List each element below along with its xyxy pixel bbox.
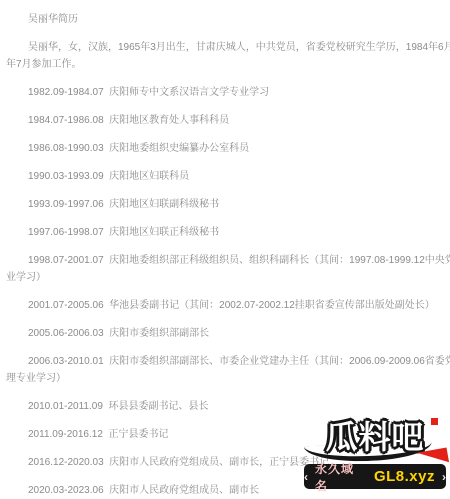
timeline-entry-wrap-line: 业学习） [6, 269, 450, 286]
timeline-entry: 1986.08-1990.03 庆阳地委组织史编纂办公室科员 [6, 140, 450, 157]
timeline-entry: 1993.09-1997.06 庆阳地区妇联副科级秘书 [6, 196, 450, 213]
timeline-entry: 1998.07-2001.07 庆阳地委组织部正科级组织员、组织科副科长（其间：… [6, 252, 450, 286]
timeline-entry-line: 1990.03-1993.09 庆阳地区妇联科员 [6, 168, 450, 185]
banner-domain: GL8.xyz [374, 468, 435, 485]
chevron-right-icon: › [442, 471, 446, 483]
timeline-entry-line: 1984.07-1986.08 庆阳地区教育处人事科科员 [6, 112, 450, 129]
timeline-entry: 2001.07-2005.06 华池县委副书记（其间：2002.07-2002.… [6, 297, 450, 314]
page-title: 吴丽华简历 [6, 11, 450, 28]
timeline-entry: 2006.03-2010.01 庆阳市委组织部副部长、市委企业党建办主任（其间：… [6, 353, 450, 387]
chevron-left-icon: ‹ [304, 471, 308, 483]
timeline-entry: 1984.07-1986.08 庆阳地区教育处人事科科员 [6, 112, 450, 129]
guaba-logo-text: 瓜料吧 [325, 419, 424, 455]
timeline-entry-line: 1993.09-1997.06 庆阳地区妇联副科级秘书 [6, 196, 450, 213]
banner-label: 永久域名 [315, 460, 367, 494]
timeline-entry-line: 1986.08-1990.03 庆阳地委组织史编纂办公室科员 [6, 140, 450, 157]
red-dot-icon [431, 418, 438, 425]
timeline-entry-line: 2005.06-2006.03 庆阳市委组织部副部长 [6, 325, 450, 342]
timeline-entry-line: 1997.06-1998.07 庆阳地区妇联正科级秘书 [6, 224, 450, 241]
timeline-entry: 1990.03-1993.09 庆阳地区妇联科员 [6, 168, 450, 185]
timeline-entry-wrap-line: 理专业学习） [6, 370, 450, 387]
timeline-entry-line: 1982.09-1984.07 庆阳师专中文系汉语言文学专业学习 [6, 84, 450, 101]
timeline-entry-line: 2006.03-2010.01 庆阳市委组织部副部长、市委企业党建办主任（其间：… [6, 353, 450, 370]
timeline-entry-line: 2010.01-2011.09 环县县委副书记、县长 [6, 398, 450, 415]
timeline-entry-line: 2001.07-2005.06 华池县委副书记（其间：2002.07-2002.… [6, 297, 450, 314]
guaba-logo: 瓜料吧 [304, 417, 446, 461]
intro-line: 年7月参加工作。 [6, 56, 450, 73]
guaba-domain-banner: ‹ 永久域名 GL8.xyz › [304, 464, 446, 489]
timeline-entry: 1982.09-1984.07 庆阳师专中文系汉语言文学专业学习 [6, 84, 450, 101]
intro-line: 吴丽华，女，汉族，1965年3月出生，甘肃庆城人，中共党员，省委党校研究生学历，… [6, 39, 450, 56]
timeline-entry: 2005.06-2006.03 庆阳市委组织部副部长 [6, 325, 450, 342]
timeline-entry: 2010.01-2011.09 环县县委副书记、县长 [6, 398, 450, 415]
timeline-entry: 1997.06-1998.07 庆阳地区妇联正科级秘书 [6, 224, 450, 241]
intro-paragraph: 吴丽华，女，汉族，1965年3月出生，甘肃庆城人，中共党员，省委党校研究生学历，… [6, 39, 450, 73]
timeline-entry-line: 1998.07-2001.07 庆阳地委组织部正科级组织员、组织科副科长（其间：… [6, 252, 450, 269]
guaba-watermark: 瓜料吧 ‹ 永久域名 GL8.xyz › [304, 417, 446, 489]
